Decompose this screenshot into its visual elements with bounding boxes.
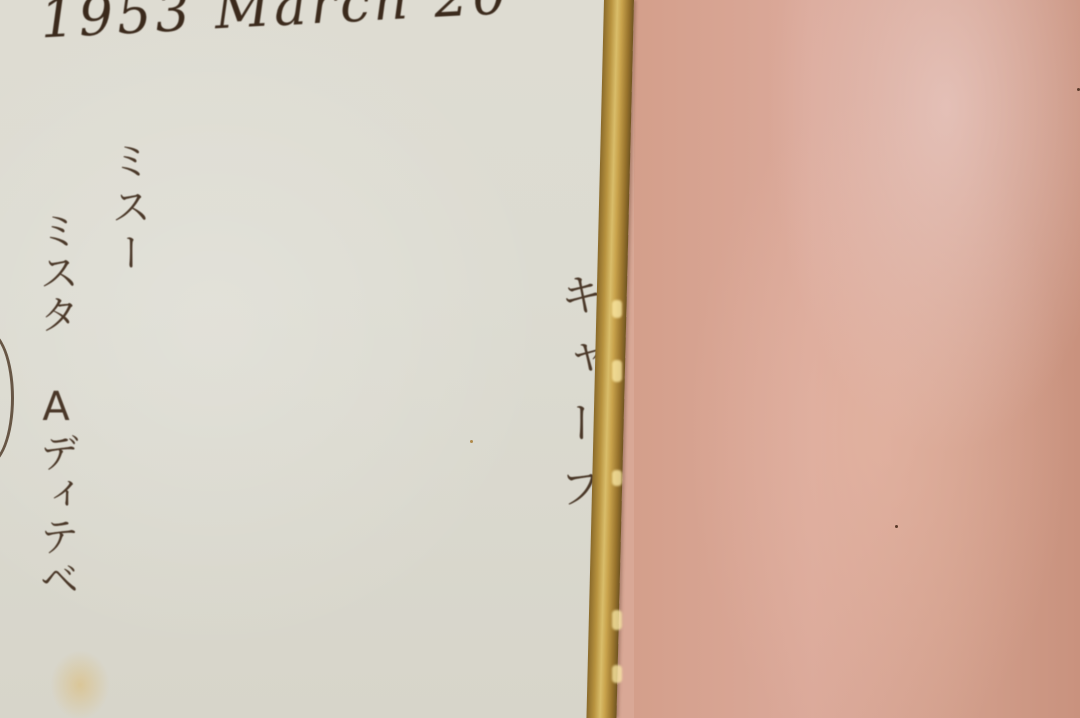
handwritten-column-1: ミスー bbox=[100, 140, 157, 278]
paper-speck bbox=[470, 440, 473, 443]
handwritten-column-2: ミスタ Aディテベ bbox=[36, 210, 76, 600]
handwritten-date: 1953 March 20 - bbox=[39, 0, 556, 50]
photo-scene: 1953 March 20 - ミスー ミスタ Aディテベ キャープ bbox=[0, 0, 1080, 718]
gold-highlight bbox=[612, 610, 622, 630]
gold-highlight bbox=[612, 360, 622, 382]
pink-backing-paper bbox=[634, 0, 1080, 718]
ink-oval-mark bbox=[0, 330, 14, 466]
paper-stain bbox=[50, 650, 110, 718]
shikishi-card: 1953 March 20 - ミスー ミスタ Aディテベ キャープ bbox=[0, 0, 612, 718]
gold-highlight bbox=[612, 470, 622, 486]
gold-highlight bbox=[612, 665, 622, 683]
gold-highlight bbox=[612, 300, 622, 318]
backing-speck bbox=[895, 525, 898, 528]
